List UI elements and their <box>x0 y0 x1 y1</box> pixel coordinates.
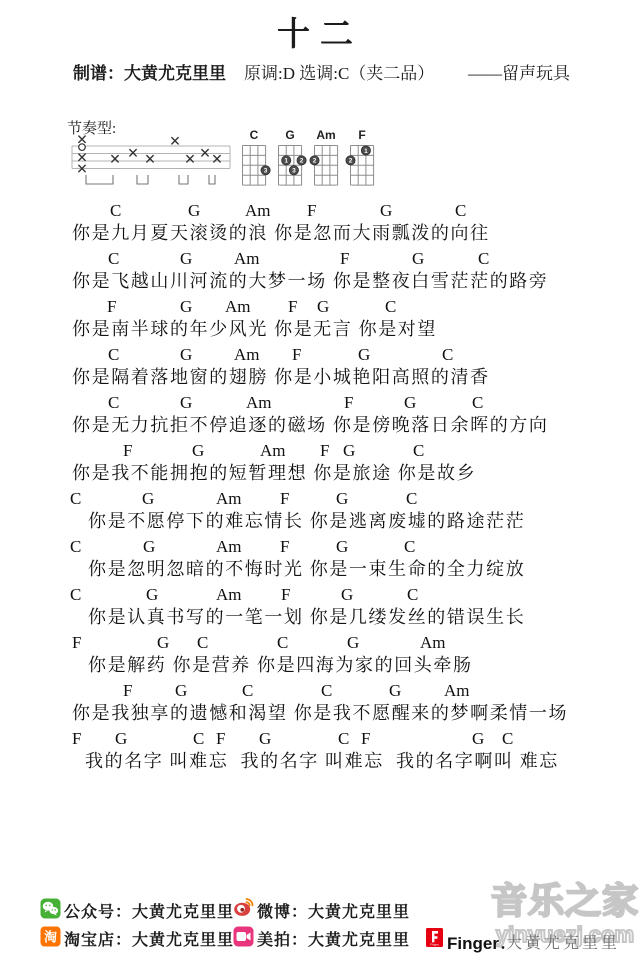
key-info: 原调:D 选调:C（夹二品） <box>244 59 434 84</box>
chord-symbol: Am <box>216 586 242 604</box>
chord-symbol: C <box>108 346 119 364</box>
meipai-icon <box>233 926 254 947</box>
chord-symbol: G <box>412 250 424 268</box>
chord-symbol: C <box>406 490 417 508</box>
chord-symbol: C <box>413 442 424 460</box>
song-line: CGAmFGC你是九月夏天滚烫的浪 你是忽而大雨瓢泼的向往 <box>0 202 640 250</box>
chord-symbol: Am <box>246 394 272 412</box>
chord-symbol: F <box>361 730 370 748</box>
chord-symbol: F <box>123 682 132 700</box>
chord-symbol: C <box>108 394 119 412</box>
chord-symbol: G <box>358 346 370 364</box>
chord-symbol: Am <box>260 442 286 460</box>
chord-symbol: F <box>340 250 349 268</box>
strum-pattern-diagram <box>70 134 232 192</box>
lyric-line: 你是认真书写的一笔一划 你是几缕发丝的错误生长 <box>88 605 525 629</box>
chord-symbol: C <box>321 682 332 700</box>
svg-text:2: 2 <box>349 158 353 165</box>
chord-symbol: Am <box>444 682 470 700</box>
chord-symbol: C <box>197 634 208 652</box>
taobao-icon: 淘 <box>40 926 61 947</box>
lyric-line: 你是飞越山川河流的大梦一场 你是整夜白雪茫茫的路旁 <box>72 269 549 293</box>
svg-text:2: 2 <box>300 158 304 165</box>
lyric-line: 你是九月夏天滚烫的浪 你是忽而大雨瓢泼的向往 <box>72 221 490 245</box>
chord-symbol: G <box>380 202 392 220</box>
chord-symbol: F <box>72 634 81 652</box>
chord-symbol: G <box>146 586 158 604</box>
chord-symbol: G <box>188 202 200 220</box>
song-line: FGCCGAm你是我独享的遗憾和渴望 你是我不愿醒来的梦啊柔情一场 <box>0 682 640 730</box>
lyric-line: 你是不愿停下的难忘情长 你是逃离废墟的路途茫茫 <box>88 509 525 533</box>
lyric-line: 你是我不能拥抱的短暂理想 你是旅途 你是故乡 <box>72 461 476 485</box>
chord-symbol: F <box>123 442 132 460</box>
chord-symbol: F <box>216 730 225 748</box>
artist-credit: ——留声玩具 <box>468 59 570 84</box>
chord-grid: 2 <box>313 144 339 188</box>
song-line: FGCFGCFGC我的名字 叫难忘 我的名字 叫难忘 我的名字啊叫 难忘 <box>0 730 640 778</box>
chord-symbol: C <box>472 394 483 412</box>
chord-symbol: F <box>320 442 329 460</box>
chord-symbol: C <box>70 538 81 556</box>
svg-text:1: 1 <box>284 158 288 165</box>
chord-symbol: G <box>259 730 271 748</box>
chord-symbol: G <box>142 490 154 508</box>
chord-symbol: F <box>280 538 289 556</box>
svg-text:3: 3 <box>264 168 268 175</box>
chord-symbol: G <box>336 490 348 508</box>
chord-symbol: F <box>344 394 353 412</box>
chord-symbol: C <box>110 202 121 220</box>
chord-symbol: C <box>385 298 396 316</box>
chord-symbol: Am <box>420 634 446 652</box>
watermark-name: 音乐之家 <box>490 882 640 920</box>
wechat-icon <box>40 898 61 919</box>
chord-symbol: C <box>242 682 253 700</box>
footer-account-label: 公众号：大黄尤克里里 <box>64 899 234 922</box>
weibo-icon <box>233 896 254 917</box>
finger-account-name: 大黄尤克里里 <box>506 930 620 953</box>
lyric-line: 你是南半球的年少风光 你是无言 你是对望 <box>72 317 437 341</box>
page-title: 十二 <box>0 8 640 55</box>
chord-symbol: F <box>280 490 289 508</box>
song-line: FGCCGAm你是解药 你是营养 你是四海为家的回头牵肠 <box>0 634 640 682</box>
footer-account-label: 淘宝店：大黄尤克里里 <box>64 927 234 950</box>
lyric-line: 你是隔着落地窗的翅膀 你是小城艳阳高照的清香 <box>72 365 490 389</box>
chord-symbol: F <box>288 298 297 316</box>
footer-account-label: 微博：大黄尤克里里 <box>257 899 410 922</box>
chord-grid: 123 <box>277 144 303 188</box>
chord-symbol: G <box>180 394 192 412</box>
chord-symbol: C <box>455 202 466 220</box>
chord-symbol: G <box>336 538 348 556</box>
chord-symbol: G <box>347 634 359 652</box>
chord-symbol: G <box>157 634 169 652</box>
chord-name: C <box>250 127 259 144</box>
chord-symbol: C <box>70 490 81 508</box>
chord-symbol: C <box>407 586 418 604</box>
song-line: CGAmFGC你是不愿停下的难忘情长 你是逃离废墟的路途茫茫 <box>0 490 640 538</box>
lyric-line: 你是解药 你是营养 你是四海为家的回头牵肠 <box>88 653 473 677</box>
svg-text:3: 3 <box>292 168 296 175</box>
svg-text:2: 2 <box>313 158 317 165</box>
lyric-line: 你是忽明忽暗的不悔时光 你是一束生命的全力绽放 <box>88 557 525 581</box>
song-line: CGAmFGC你是飞越山川河流的大梦一场 你是整夜白雪茫茫的路旁 <box>0 250 640 298</box>
chord-symbol: Am <box>225 298 251 316</box>
chord-name: G <box>285 127 294 144</box>
chord-symbol: C <box>502 730 513 748</box>
song-line: CGAmFGC你是认真书写的一笔一划 你是几缕发丝的错误生长 <box>0 586 640 634</box>
chord-grid: 3 <box>241 144 267 188</box>
chord-symbol: G <box>180 250 192 268</box>
chord-symbol: G <box>115 730 127 748</box>
chord-symbol: C <box>338 730 349 748</box>
chord-name: Am <box>316 127 335 144</box>
lyric-line: 你是我独享的遗憾和渴望 你是我不愿醒来的梦啊柔情一场 <box>72 701 568 725</box>
chord-grid: 12 <box>349 144 375 188</box>
chord-symbol: G <box>317 298 329 316</box>
chord-symbol: G <box>389 682 401 700</box>
chord-diagram-g: G123 <box>277 127 303 188</box>
chord-symbol: Am <box>234 250 260 268</box>
chord-symbol: C <box>442 346 453 364</box>
svg-text:淘: 淘 <box>44 930 57 945</box>
chord-symbol: C <box>70 586 81 604</box>
chord-symbol: G <box>143 538 155 556</box>
svg-text:1: 1 <box>364 148 368 155</box>
chord-symbol: G <box>341 586 353 604</box>
song-line: FGAmFGC你是南半球的年少风光 你是无言 你是对望 <box>0 298 640 346</box>
lyric-line: 我的名字 叫难忘 我的名字 叫难忘 我的名字啊叫 难忘 <box>85 749 559 773</box>
chord-symbol: F <box>307 202 316 220</box>
chord-symbol: F <box>107 298 116 316</box>
chord-symbol: Am <box>216 490 242 508</box>
chord-symbol: C <box>404 538 415 556</box>
chord-name: F <box>358 127 365 144</box>
chord-sheet-page: 十二 制谱：大黄尤克里里 原调:D 选调:C（夹二品） ——留声玩具 节奏型: … <box>0 0 640 961</box>
chord-symbol: F <box>292 346 301 364</box>
chord-symbol: F <box>281 586 290 604</box>
chord-diagram-c: C3 <box>241 127 267 188</box>
finger-icon: Finger <box>424 927 445 948</box>
chord-symbol: G <box>192 442 204 460</box>
song-line: CGAmFGC你是隔着落地窗的翅膀 你是小城艳阳高照的清香 <box>0 346 640 394</box>
svg-text:Finger: Finger <box>430 943 439 947</box>
chord-diagram-am: Am2 <box>313 127 339 188</box>
chord-symbol: G <box>343 442 355 460</box>
song-line: CGAmFGC你是忽明忽暗的不悔时光 你是一束生命的全力绽放 <box>0 538 640 586</box>
maker-credit: 制谱：大黄尤克里里 <box>73 59 226 84</box>
chord-symbol: G <box>404 394 416 412</box>
chord-symbol: F <box>72 730 81 748</box>
chord-symbol: C <box>193 730 204 748</box>
chord-symbol: G <box>472 730 484 748</box>
chord-symbol: G <box>175 682 187 700</box>
chord-symbol: Am <box>245 202 271 220</box>
lyric-line: 你是无力抗拒不停追逐的磁场 你是傍晚落日余晖的方向 <box>72 413 549 437</box>
footer-account-label: 美拍：大黄尤克里里 <box>257 927 410 950</box>
song-line: FGAmFGC你是我不能拥抱的短暂理想 你是旅途 你是故乡 <box>0 442 640 490</box>
song-line: CGAmFGC你是无力抗拒不停追逐的磁场 你是傍晚落日余晖的方向 <box>0 394 640 442</box>
chord-symbol: G <box>180 346 192 364</box>
chord-symbol: Am <box>216 538 242 556</box>
chord-symbol: Am <box>234 346 260 364</box>
chord-symbol: C <box>277 634 288 652</box>
chord-diagram-f: F12 <box>349 127 375 188</box>
chord-symbol: C <box>108 250 119 268</box>
chord-symbol: G <box>180 298 192 316</box>
chord-diagrams: C3G123Am2F12 <box>241 127 375 188</box>
chord-symbol: C <box>478 250 489 268</box>
